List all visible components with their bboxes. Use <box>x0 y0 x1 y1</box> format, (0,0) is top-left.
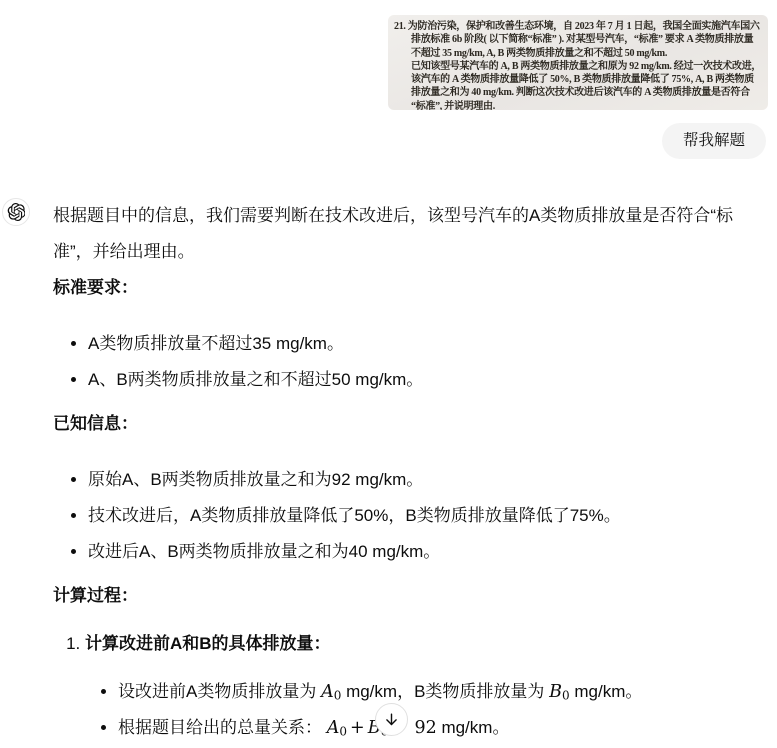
section-heading-calc: 计算过程： <box>53 578 768 614</box>
problem-line: 已知该型号某汽车的 A, B 两类物质排放量之和原为 92 mg/km. 经过一… <box>394 60 762 73</box>
list-item: 根据题目给出的总量关系： A0+B0= 92 mg/km。 <box>118 710 768 746</box>
math-B0: B0 <box>549 682 570 702</box>
scroll-to-bottom-button[interactable] <box>375 703 408 736</box>
list-item: 原始A、B两类物质排放量之和为92 mg/km。 <box>88 462 768 498</box>
text-run: mg/km。 <box>437 718 510 737</box>
text-run: mg/km。 <box>570 682 643 701</box>
calc-step-1: 计算改进前A和B的具体排放量： 设改进前A类物质排放量为 A0 mg/km，B类… <box>85 626 768 746</box>
intro-paragraph: 根据题目中的信息，我们需要判断在技术改进后，该型号汽车的A类物质排放量是否符合“… <box>53 198 768 270</box>
list-item: 设改进前A类物质排放量为 A0 mg/km，B类物质排放量为 B0 mg/km。 <box>118 674 768 710</box>
user-message-group: 21. 为防治污染，保护和改善生态环境，自 2023 年 7 月 1 日起，我国… <box>0 0 777 159</box>
problem-line: 不超过 35 mg/km, A, B 两类物质排放量之和不超过 50 mg/km… <box>394 47 762 60</box>
assistant-message: 根据题目中的信息，我们需要判断在技术改进后，该型号汽车的A类物质排放量是否符合“… <box>0 198 777 746</box>
calc-steps-list: 计算改进前A和B的具体排放量： 设改进前A类物质排放量为 A0 mg/km，B类… <box>53 626 768 746</box>
problem-line: 该汽车的 A 类物质排放量降低了 50%, B 类物质排放量降低了 75%, A… <box>394 73 762 86</box>
uploaded-problem-image[interactable]: 21. 为防治污染，保护和改善生态环境，自 2023 年 7 月 1 日起，我国… <box>388 15 768 110</box>
list-item: 改进后A、B两类物质排放量之和为40 mg/km。 <box>88 534 768 570</box>
assistant-message-content: 根据题目中的信息，我们需要判断在技术改进后，该型号汽车的A类物质排放量是否符合“… <box>53 198 768 746</box>
section-heading-known: 已知信息： <box>53 406 768 442</box>
problem-line: 排放标准 6b 阶段( 以下简称“标准” ). 对某型号汽车，“标准” 要求 A… <box>394 33 762 46</box>
standard-list: A类物质排放量不超过35 mg/km。 A、B两类物质排放量之和不超过50 mg… <box>53 326 768 398</box>
math-A0: A0 <box>321 682 341 702</box>
list-item: A类物质排放量不超过35 mg/km。 <box>88 326 768 362</box>
section-heading-standard: 标准要求： <box>53 270 768 306</box>
user-message-bubble: 帮我解题 <box>662 123 766 159</box>
list-item: A、B两类物质排放量之和不超过50 mg/km。 <box>88 362 768 398</box>
list-item: 技术改进后，A类物质排放量降低了50%，B类物质排放量降低了75%。 <box>88 498 768 534</box>
text-run: 根据题目给出的总量关系： <box>118 718 327 737</box>
down-arrow-icon <box>383 711 400 728</box>
text-run: mg/km，B类物质排放量为 <box>341 682 549 701</box>
text-run: 设改进前A类物质排放量为 <box>118 682 321 701</box>
problem-line: 排放量之和为 40 mg/km. 判断这次技术改进后该汽车的 A 类物质排放量是… <box>394 86 762 99</box>
problem-line: 21. 为防治污染，保护和改善生态环境，自 2023 年 7 月 1 日起，我国… <box>394 20 762 33</box>
calc-step-1-label: 计算改进前A和B的具体排放量： <box>85 634 331 653</box>
calc-step-1-sublist: 设改进前A类物质排放量为 A0 mg/km，B类物质排放量为 B0 mg/km。… <box>85 674 768 746</box>
assistant-avatar <box>2 198 30 226</box>
openai-logo-icon <box>7 203 25 221</box>
known-list: 原始A、B两类物质排放量之和为92 mg/km。 技术改进后，A类物质排放量降低… <box>53 462 768 570</box>
problem-line: “标准”, 并说明理由. <box>394 100 762 110</box>
